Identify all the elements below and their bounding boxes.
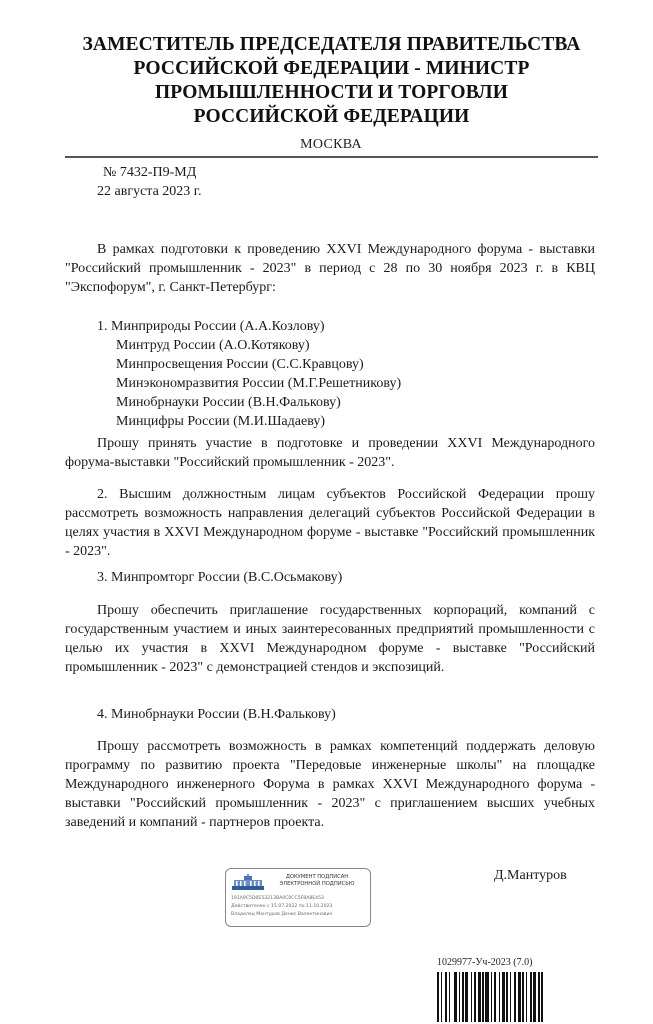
letterhead-title: ЗАМЕСТИТЕЛЬ ПРЕДСЕДАТЕЛЯ ПРАВИТЕЛЬСТВА Р…	[40, 33, 623, 129]
stamp-certificate: 191A9C5D0E53213BA0C0CC5F8A8E453	[231, 896, 324, 902]
section-3-heading: 3. Минпромторг России (В.С.Осьмакову)	[97, 568, 342, 587]
letterhead-line: РОССИЙСКОЙ ФЕДЕРАЦИИ	[40, 105, 623, 129]
letterhead-line: ПРОМЫШЛЕННОСТИ И ТОРГОВЛИ	[40, 81, 623, 105]
section-2-paragraph: 2. Высшим должностным лицам субъектов Ро…	[65, 485, 595, 561]
letterhead-line: РОССИЙСКОЙ ФЕДЕРАЦИИ - МИНИСТР	[40, 57, 623, 81]
stamp-validity: Действителен с 15.07.2022 по 11.10.2023	[231, 904, 332, 910]
section-1-request: Прошу принять участие в подготовке и про…	[65, 434, 595, 472]
recipient-list-section-1: 1. Минприроды России (А.А.Козлову) Минтр…	[97, 317, 401, 431]
barcode-label: 1029977-Уч-2023 (7.0)	[437, 957, 532, 968]
letterhead-line: ЗАМЕСТИТЕЛЬ ПРЕДСЕДАТЕЛЯ ПРАВИТЕЛЬСТВА	[40, 33, 623, 57]
recipient-item: Минпросвещения России (С.С.Кравцову)	[97, 355, 401, 374]
section-3-request: Прошу обеспечить приглашение государстве…	[65, 601, 595, 677]
recipient-item: Минцифры России (М.И.Шадаеву)	[97, 412, 401, 431]
recipient-item: Минэкономразвития России (М.Г.Решетников…	[97, 374, 401, 393]
stamp-owner: Владелец Мантуров Денис Валентинович	[231, 912, 332, 918]
section-4-request: Прошу рассмотреть возможность в рамках к…	[65, 737, 595, 832]
registration-number: № 7432-П9-МД	[103, 163, 196, 182]
building-emblem-icon	[232, 874, 264, 890]
recipient-item: Минтруд России (А.О.Котякову)	[97, 336, 401, 355]
registration-date: 22 августа 2023 г.	[97, 182, 201, 201]
city-label: МОСКВА	[65, 137, 597, 153]
recipient-item: 1. Минприроды России (А.А.Козлову)	[97, 317, 401, 336]
electronic-signature-stamp: Документ подписан электронной подписью 1…	[225, 868, 371, 927]
recipient-item: Минобрнауки России (В.Н.Фалькову)	[97, 393, 401, 412]
header-divider	[65, 156, 598, 158]
intro-paragraph: В рамках подготовки к проведению XXVI Ме…	[65, 240, 595, 297]
document-page: ЗАМЕСТИТЕЛЬ ПРЕДСЕДАТЕЛЯ ПРАВИТЕЛЬСТВА Р…	[0, 0, 653, 1024]
barcode	[437, 972, 545, 1022]
signer-name: Д.Мантуров	[494, 868, 567, 884]
section-4-heading: 4. Минобрнауки России (В.Н.Фалькову)	[97, 705, 336, 724]
stamp-title: Документ подписан электронной подписью	[266, 874, 368, 888]
